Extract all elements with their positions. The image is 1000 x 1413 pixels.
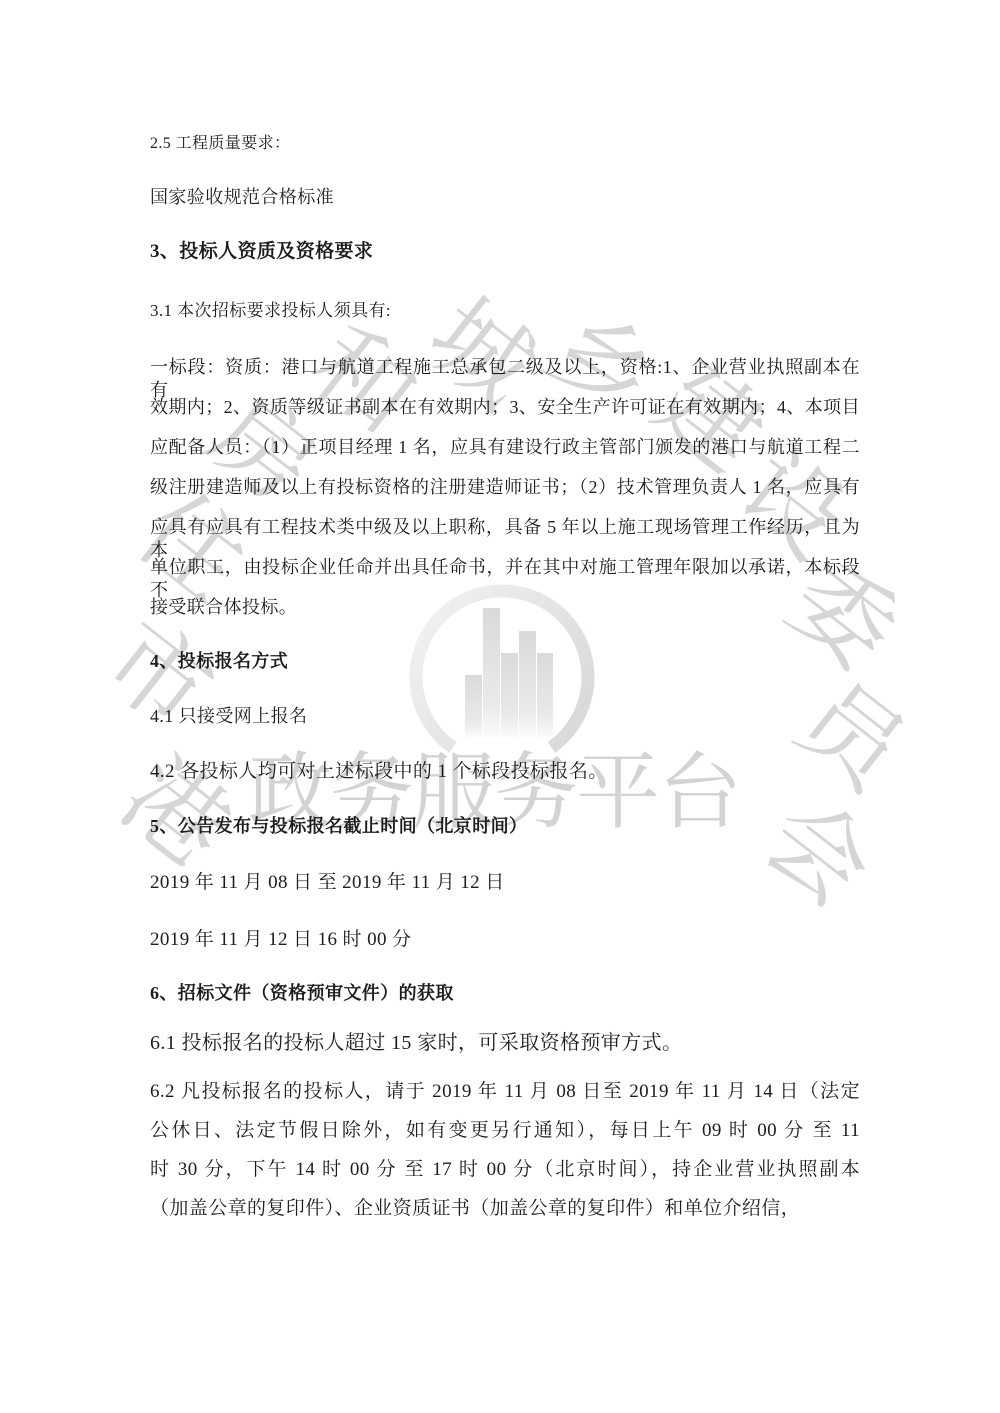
quality-standard-text: 国家验收规范合格标准 [150,186,860,209]
clause-2-5-heading: 2.5 工程质量要求： [150,134,860,154]
bid-paragraph-line: 一标段：资质：港口与航道工程施工总承包二级及以上，资格:1、企业营业执照副本在有 [150,356,860,401]
clause-4-1: 4.1 只接受网上报名 [150,705,860,728]
clause-6-2-line: 时 30 分，下午 14 时 00 分 至 17 时 00 分（北京时间），持企… [150,1158,860,1182]
bid-paragraph-line: 应配备人员：（1）正项目经理 1 名，应具有建设行政主管部门颁发的港口与航道工程… [150,436,860,459]
section-5-heading: 5、公告发布与投标报名截止时间（北京时间） [150,815,860,838]
bid-paragraph-line: 单位职工，由投标企业任命并出具任命书，并在其中对施工管理年限加以承诺，本标段不 [150,556,860,601]
bid-paragraph-line: 接受联合体投标。 [150,596,860,619]
signup-deadline: 2019 年 11 月 12 日 16 时 00 分 [150,928,860,952]
announce-date-range: 2019 年 11 月 08 日 至 2019 年 11 月 12 日 [150,871,860,895]
section-3-heading: 3、投标人资质及资格要求 [150,240,860,264]
clause-6-2-line: 6.2 凡投标报名的投标人，请于 2019 年 11 月 08 日至 2019 … [150,1080,860,1104]
bid-paragraph-line: 效期内；2、资质等级证书副本在有效期内；3、安全生产许可证在有效期内；4、本项目 [150,396,860,419]
watermark-ring-char: 港 [99,736,253,890]
clause-6-2-line: 公休日、法定节假日除外，如有变更另行通知），每日上午 09 时 00 分 至 1… [150,1119,860,1143]
section-6-heading: 6、招标文件（资格预审文件）的获取 [150,982,860,1005]
document-page: 港 市 住 房 和 城 乡 建 设 委 员 会 [0,0,1000,1413]
clause-6-2-line: （加盖公章的复印件）、企业资质证书（加盖公章的复印件）和单位介绍信， [150,1197,860,1221]
watermark-ring-char: 会 [741,776,895,930]
watermark-ring-char: 市 [81,599,235,753]
clause-3-1: 3.1 本次招标要求投标人须具有: [150,300,860,321]
bid-paragraph-line: 级注册建造师及以上有投标资格的注册建造师证书；（2）技术管理负责人 1 名，应具… [150,476,860,499]
clause-6-1: 6.1 投标报名的投标人超过 15 家时，可采取资格预审方式。 [150,1031,860,1056]
bid-paragraph-line: 应具有应具有工程技术类中级及以上职称，具备 5 年以上施工现场管理工作经历，且为… [150,516,860,561]
section-4-heading: 4、投标报名方式 [150,650,860,673]
clause-4-2: 4.2 各投标人均可对上述标段中的 1 个标段投标报名。 [150,760,860,784]
